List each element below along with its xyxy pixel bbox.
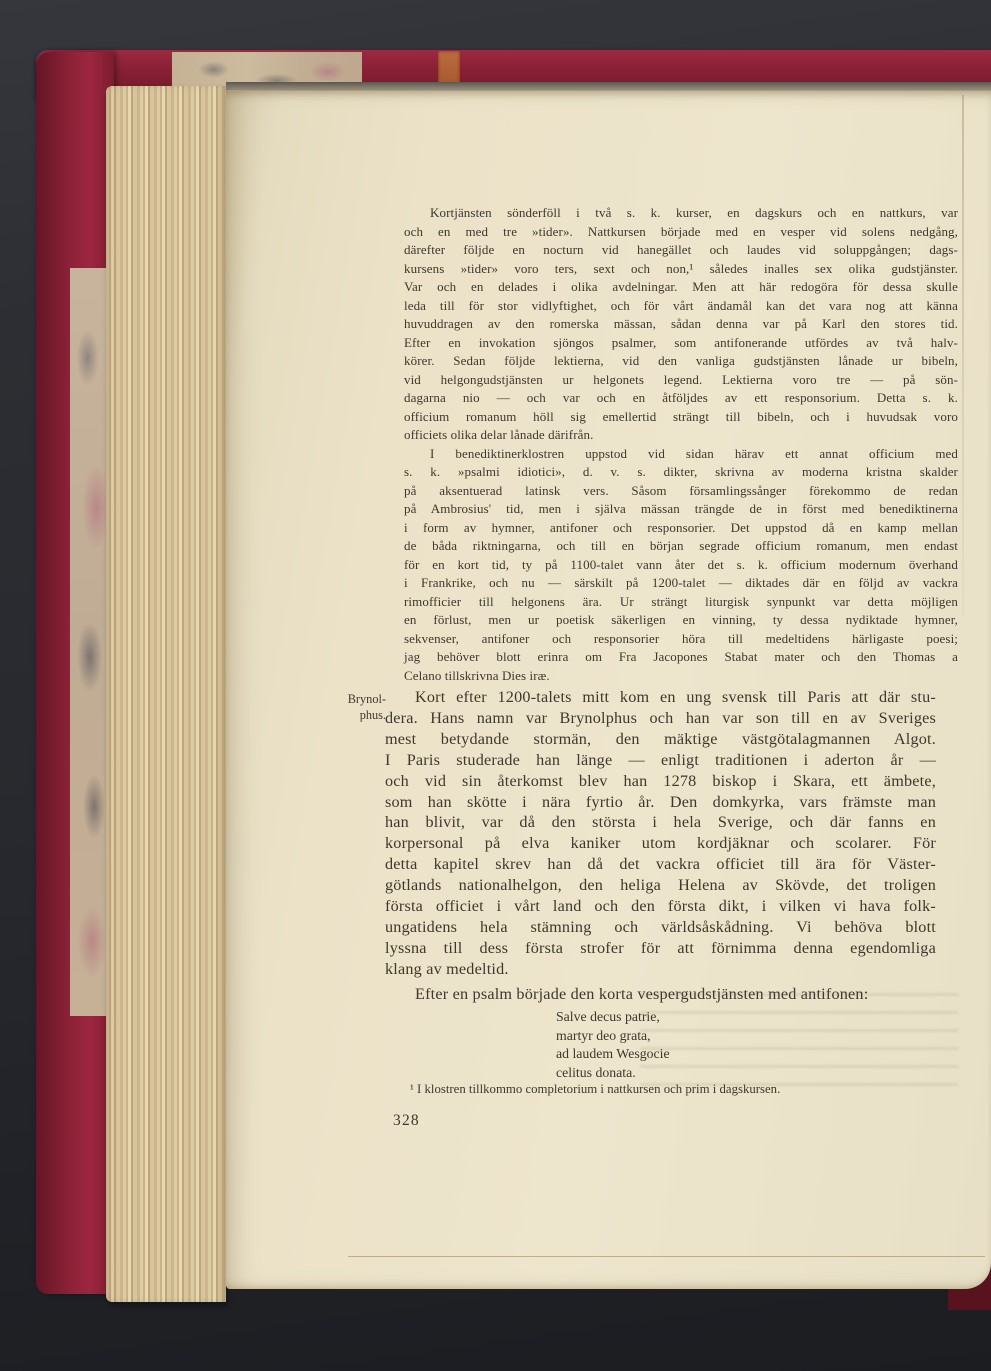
text-line: Salve decus patrie, [556,1008,670,1027]
text-line: jag behöver blott erinra om Fra Jacopone… [404,648,958,667]
text-line: första officiet i vårt land och den förs… [385,896,936,917]
main-paragraph-brynolphus: Kort efter 1200-talets mitt kom en ung s… [385,687,936,980]
text-line: ungatidens hela stämning och världsåskåd… [385,917,936,938]
text-line: Efter en psalm började den korta vesperg… [385,984,936,1005]
footnote: ¹ I klostren tillkommo completorium i na… [404,1082,964,1097]
text-line: Kortjänsten sönderföll i två s. k. kurse… [404,204,958,223]
text-line: dera. Hans namn var Brynolphus och han v… [385,708,936,729]
text-line: Celano tillskrivna Dies iræ. [404,667,958,686]
text-line: en förlust, men ur poetisk säkerligen en… [404,611,958,630]
margin-note-brynolphus: Brynol-phus. [296,692,386,723]
text-line: och en med tre »tider». Nattkursen börja… [404,223,958,242]
text-line: Kort efter 1200-talets mitt kom en ung s… [385,687,936,708]
main-paragraph-efter-psalm: Efter en psalm började den korta vesperg… [385,984,936,1005]
smallprint-paragraph-2: I benediktinerklostren uppstod vid sidan… [404,445,958,686]
page-number: 328 [393,1112,420,1130]
text-line: som han skötte i nära fyrtio år. Den dom… [385,792,936,813]
text-line: mest betydande stormän, den mäktige väst… [385,729,936,750]
text-line: sekvenser, antifoner och responsorier hö… [404,630,958,649]
underlying-page-edge [348,1256,985,1257]
text-line: dagarna nio — och var och en åtföljdes a… [404,389,958,408]
main-text-section: Kort efter 1200-talets mitt kom en ung s… [385,687,936,1005]
text-line: I benediktinerklostren uppstod vid sidan… [404,445,958,464]
text-line: rimofficier till helgonens ära. Ur strän… [404,593,958,612]
text-line: på aksentuerad latinsk vers. Såsom försa… [404,482,958,501]
text-line: phus. [296,708,386,724]
text-line: leda till för stor vidlyftighet, och för… [404,297,958,316]
text-line: s. k. »psalmi idiotici», d. v. s. dikter… [404,463,958,482]
text-line: officium romanum höll sig emellertid str… [404,408,958,427]
text-line: huvuddragen av den romerska mässan, såda… [404,315,958,334]
smallprint-section: Kortjänsten sönderföll i två s. k. kurse… [404,204,958,685]
text-line: på Ambrosius' tid, men i själva mässan t… [404,500,958,519]
text-line: Brynol- [296,692,386,708]
text-line: officiets olika delar lånade därifrån. [404,426,958,445]
text-line: körer. Sedan följde lektierna, vid den v… [404,352,958,371]
text-line: celitus donata. [556,1064,670,1083]
text-line: kursens »tider» voro ters, sext och non,… [404,260,958,279]
text-line: i Frankrike, och nu — särskilt på 1200-t… [404,574,958,593]
text-line: han blivit, var då den största i hela Sv… [385,812,936,833]
text-line: klang av medeltid. [385,959,936,980]
latin-verse: Salve decus patrie,martyr deo grata,ad l… [556,1008,670,1082]
text-line: götlands nationalhelgon, den heliga Hele… [385,875,936,896]
text-line: I Paris studerade han länge — enligt tra… [385,750,936,771]
book-scan-scene: Brynol-phus. Kortjänsten sönderföll i tv… [0,0,991,1371]
text-line: de båda riktningarna, och till en början… [404,537,958,556]
smallprint-paragraph-1: Kortjänsten sönderföll i två s. k. kurse… [404,204,958,445]
text-line: ad laudem Wesgocie [556,1045,670,1064]
text-line: i form av hymner, antifoner och responso… [404,519,958,538]
text-line: detta kapitel skrev han då det vackra of… [385,854,936,875]
page-crease [962,95,964,615]
text-line: för en kort tid, ty på 1100-talet vann å… [404,556,958,575]
text-line: därefter följde en nocturn vid hanegälle… [404,241,958,260]
text-line: korpersonal på elva kaniker utom kordjäk… [385,833,936,854]
text-line: martyr deo grata, [556,1027,670,1046]
text-line: vid helgongudstjänsten ur helgonets lege… [404,371,958,390]
show-through-text [640,993,958,1093]
text-line: Efter en invokation sjöngos psalmer, som… [404,334,958,353]
page-fore-edges-stack [106,86,226,1302]
text-line: lyssna till dess första strofer för att … [385,938,936,959]
text-line: Var och en delades i olika avdelningar. … [404,278,958,297]
text-line: och vid sin återkomst blev han 1278 bisk… [385,771,936,792]
